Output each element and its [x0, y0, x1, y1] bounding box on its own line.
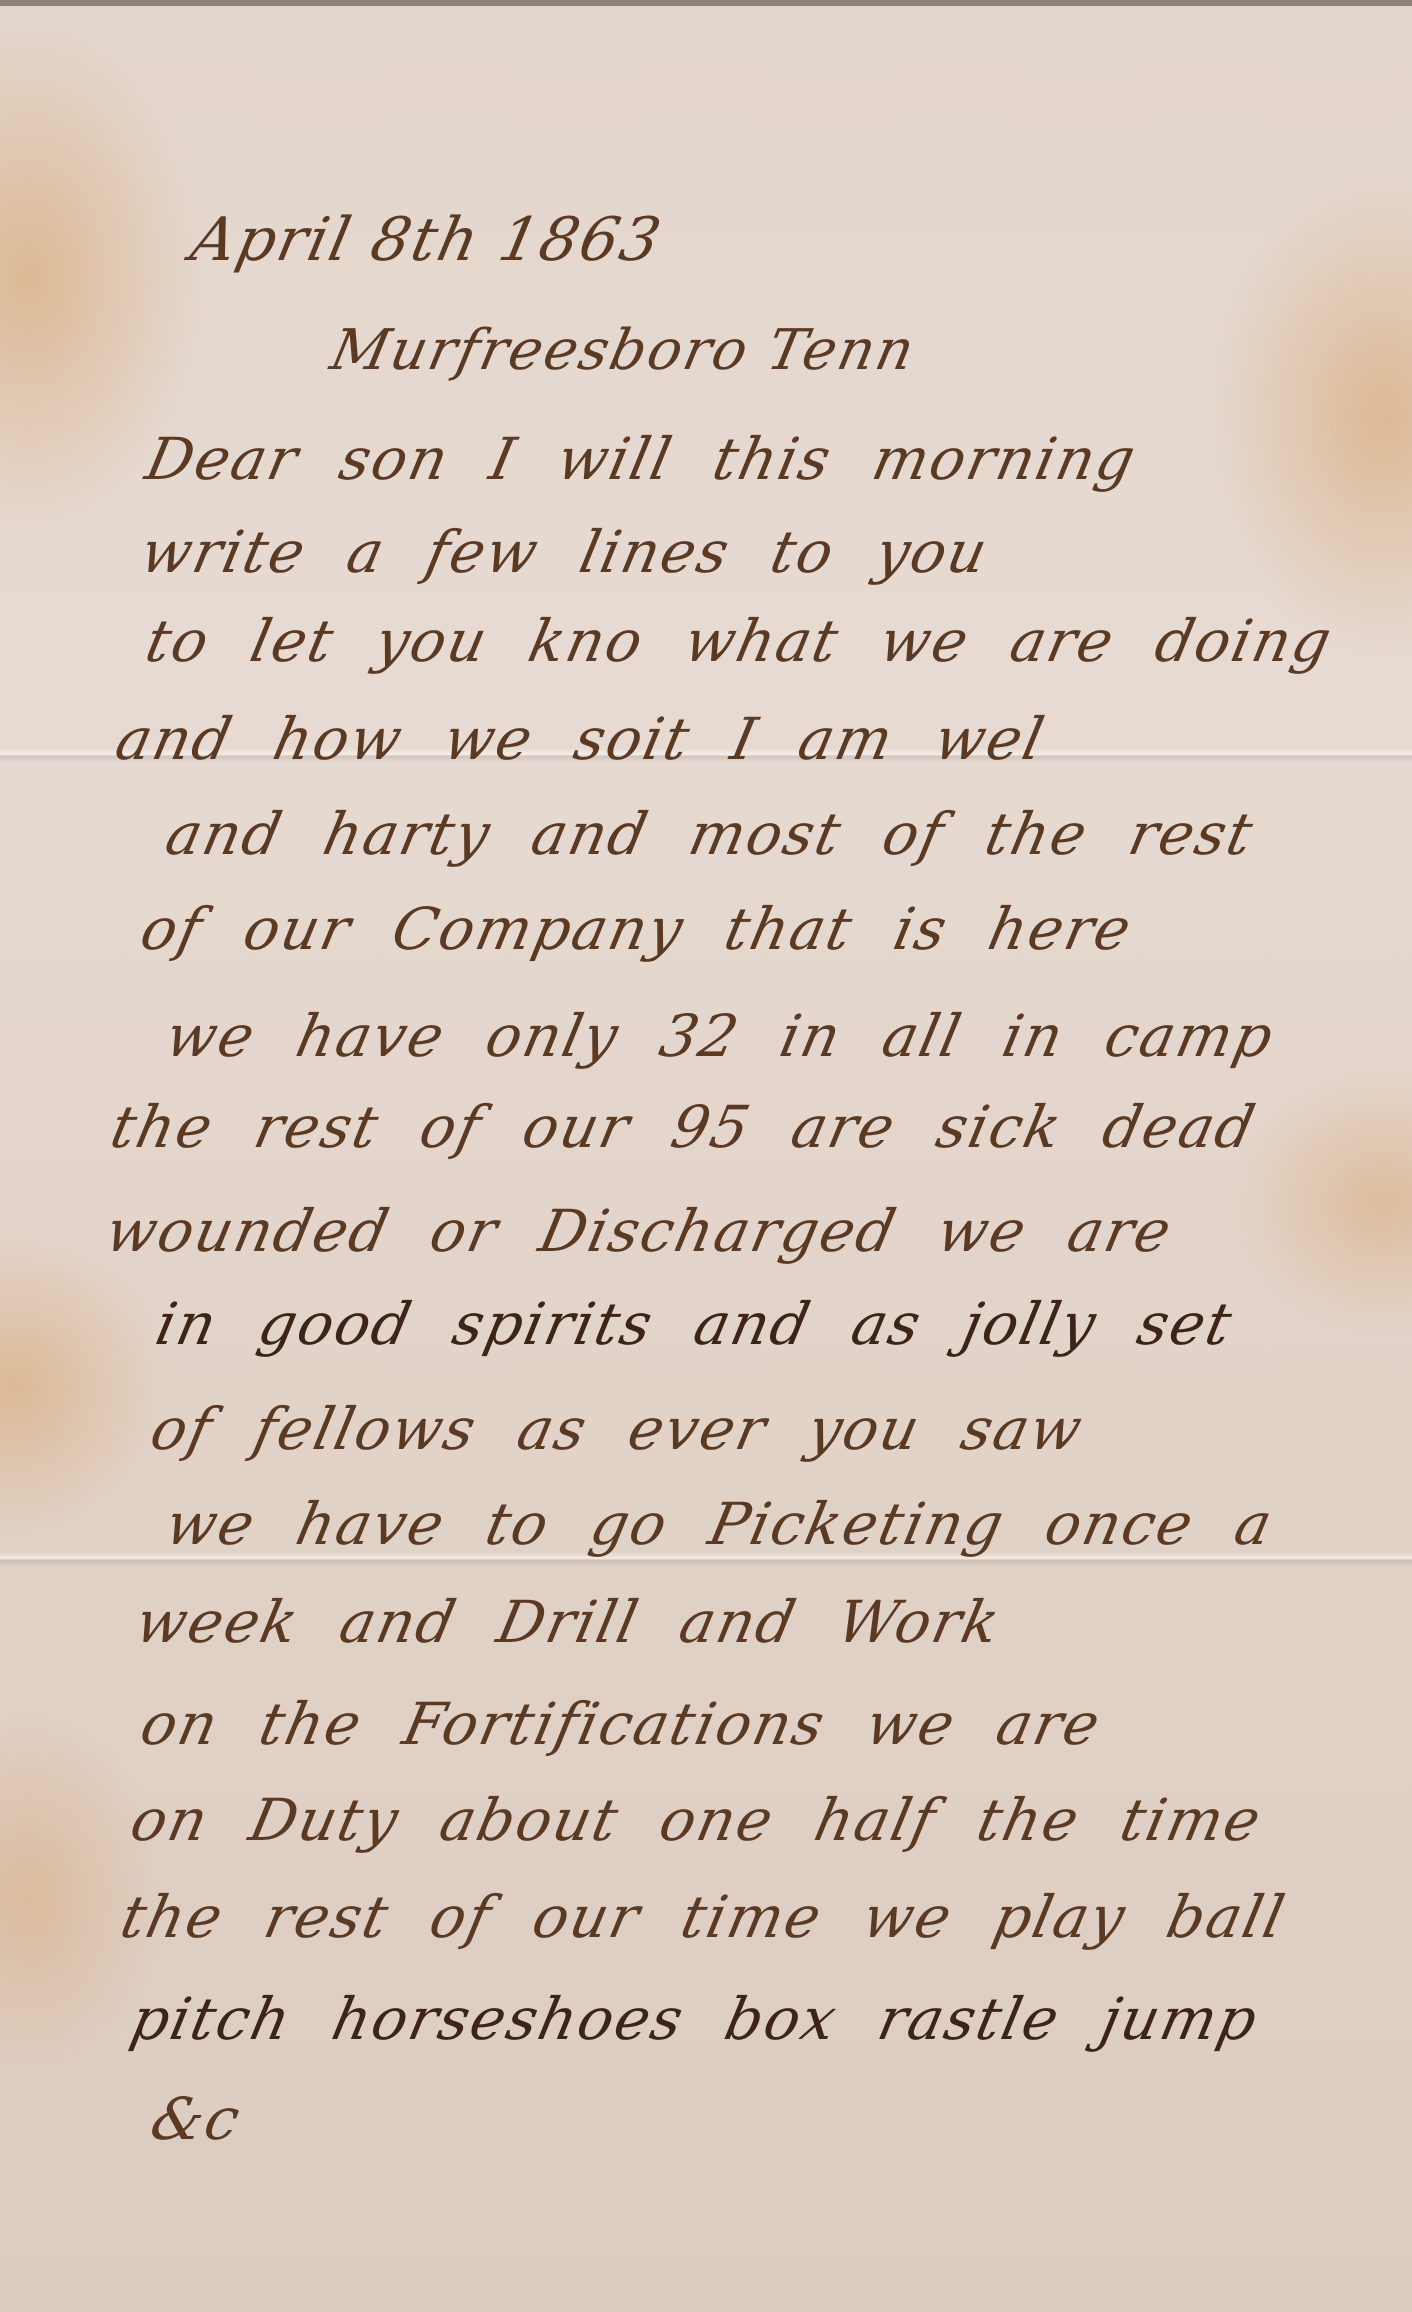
letter-line: of our Company that is here	[135, 895, 1139, 963]
letter-line: of fellows as ever you saw	[145, 1395, 1090, 1463]
letter-line: on the Fortifications we are	[135, 1690, 1108, 1758]
letter-line: write a few lines to you	[135, 518, 995, 586]
letter-closing: &c	[145, 2085, 248, 2153]
letter-line: pitch horseshoes box rastle jump	[125, 1985, 1265, 2053]
letter-line: we have to go Picketing once a	[160, 1490, 1280, 1558]
letter-line: the rest of our 95 are sick dead	[105, 1093, 1263, 1161]
letter-place: Murfreesboro Tenn	[325, 318, 922, 383]
letter-line: wounded or Discharged we are	[100, 1197, 1179, 1265]
letter-date: April 8th 1863	[185, 205, 668, 275]
page-top-edge	[0, 0, 1412, 6]
letter-line: Dear son I will this morning	[140, 425, 1143, 493]
letter-line: we have only 32 in all in camp	[160, 1002, 1281, 1070]
letter-line: and how we soit I am wel	[110, 705, 1052, 773]
letter-line: on Duty about one half the time	[125, 1786, 1268, 1854]
letter-line: the rest of our time we play ball	[115, 1883, 1292, 1951]
letter-line: and harty and most of the rest	[160, 800, 1260, 868]
letter-line: to let you kno what we are doing	[140, 607, 1339, 675]
letter-page: April 8th 1863 Murfreesboro Tenn Dear so…	[0, 0, 1412, 2312]
letter-line: in good spirits and as jolly set	[150, 1290, 1239, 1358]
letter-line: week and Drill and Work	[130, 1588, 1007, 1656]
